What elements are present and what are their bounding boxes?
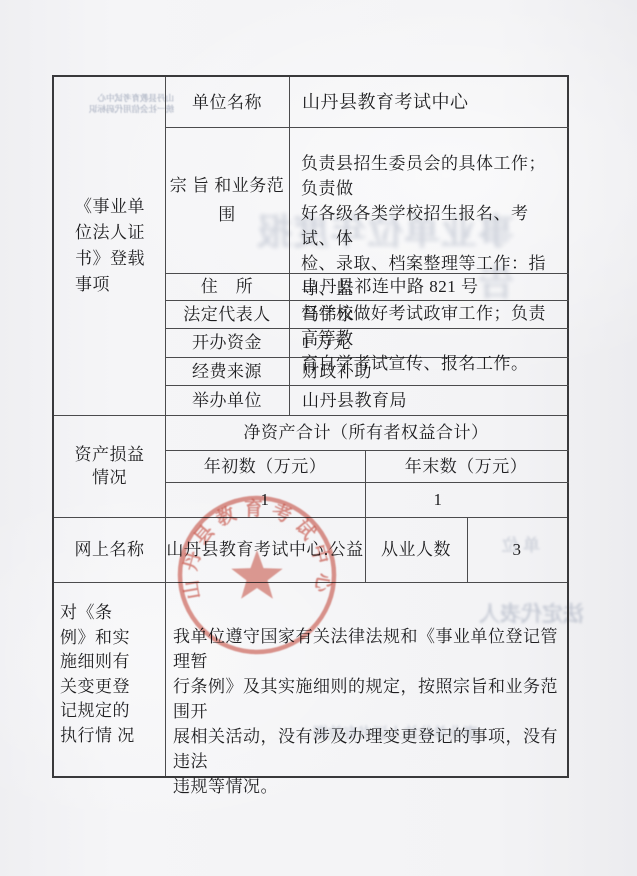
address-value: 山丹县祁连中路 821 号 xyxy=(289,273,567,300)
registration-table: 《事业单 位法人证 书》登载 事项 单位名称 山丹县教育考试中心 宗 旨 和业务… xyxy=(52,75,569,778)
compliance-section-label: 对《条 例》和实 施细则有 关变更登 记规定的 执行情 况 xyxy=(54,582,165,776)
purpose-scope-value: 负责县招生委员会的具体工作；负责做 好各级各类学校招生报名、考试、体 检、录取、… xyxy=(289,127,567,273)
scanned-registration-form-page: 山丹县教育考试中心 统一社会信用代码标识 事业单位年度报告 单 位 法定代表人 … xyxy=(0,0,637,876)
staff-count-value: 3 xyxy=(467,517,567,582)
year-end-value: 1 xyxy=(337,482,539,517)
online-name-label: 网上名称 xyxy=(54,517,165,582)
sponsor-unit-value: 山丹县教育局 xyxy=(289,385,567,415)
staff-count-label: 从业人数 xyxy=(365,517,467,582)
funding-source-label: 经费来源 xyxy=(165,357,289,385)
address-label: 住 所 xyxy=(165,273,289,300)
cert-section-label: 《事业单 位法人证 书》登载 事项 xyxy=(54,77,165,415)
official-seal: 山丹县教育考试中心 xyxy=(172,490,342,660)
net-assets-header: 净资产合计（所有者权益合计） xyxy=(165,415,567,450)
unit-name-label: 单位名称 xyxy=(165,77,289,127)
sponsor-unit-label: 举办单位 xyxy=(165,385,289,415)
opening-capital-label: 开办资金 xyxy=(165,328,289,357)
seal-star-icon xyxy=(231,550,282,599)
opening-capital-value: 1 万元 xyxy=(289,328,567,357)
legal-representative-value: 马伟永 xyxy=(289,300,567,328)
year-end-header: 年末数（万元） xyxy=(365,450,567,482)
purpose-scope-label: 宗 旨 和业务范 围 xyxy=(165,127,289,273)
year-start-header: 年初数（万元） xyxy=(165,450,365,482)
unit-name-value: 山丹县教育考试中心 xyxy=(289,77,567,127)
legal-representative-label: 法定代表人 xyxy=(165,300,289,328)
assets-section-label: 资产损益 情况 xyxy=(54,415,165,517)
funding-source-value: 财政补助 xyxy=(289,357,567,385)
